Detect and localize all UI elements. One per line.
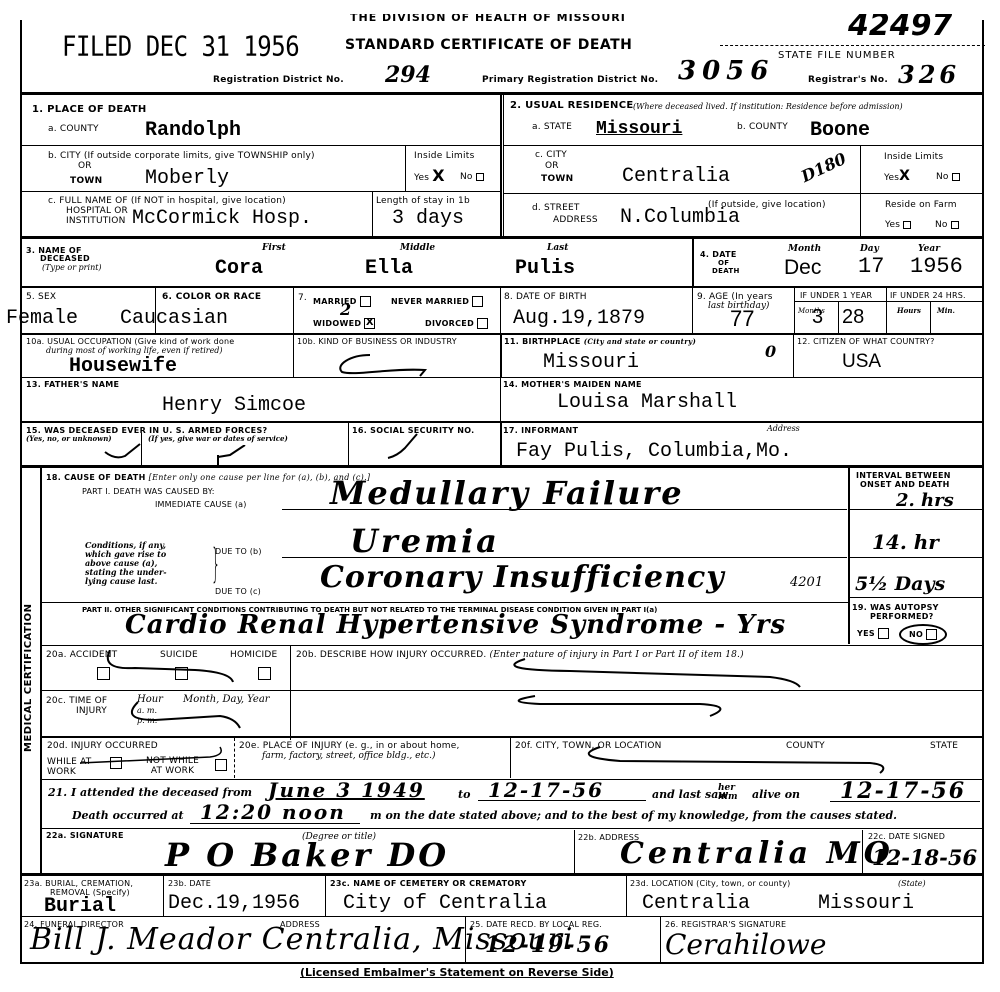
injury-strikeout-mark	[95, 650, 245, 685]
death-county-value: Randolph	[145, 120, 241, 142]
day-label: Day	[860, 244, 879, 254]
residence-county-value: Boone	[810, 120, 870, 142]
death-occurred-at-label: Death occurred at	[72, 811, 184, 821]
marital-label: 7.	[298, 293, 307, 303]
residence-inside-x-mark: X	[899, 168, 910, 184]
alive-on-label: alive on	[752, 790, 800, 800]
sex-value: Female	[6, 308, 78, 330]
interval-c-value: 5½ Days	[855, 573, 945, 595]
work-strikeout-mark	[80, 745, 230, 765]
cause-of-death-label: 18. CAUSE OF DEATH [Enter only one cause…	[46, 473, 370, 483]
checkbox	[360, 296, 371, 307]
physician-address-value: Centralia MO	[620, 836, 894, 871]
cause-b-value: Uremia	[350, 522, 500, 560]
interval-a-value: 2. hrs	[896, 490, 954, 511]
burial-location-label: 23d. LOCATION (City, town, or county)	[630, 879, 791, 889]
usual-residence-label: 2. USUAL RESIDENCE	[510, 101, 634, 111]
cemetery-value: City of Centralia	[343, 893, 547, 915]
immediate-cause-label: IMMEDIATE CAUSE (a)	[155, 500, 247, 510]
hospital-or-label: HOSPITAL OR	[66, 206, 128, 216]
inside-limits-yes[interactable]: Yes X	[414, 172, 443, 183]
informant-value: Fay Pulis, Columbia,Mo.	[516, 441, 792, 463]
residence-city-town: TOWN	[541, 174, 573, 184]
registrar-number-value: 326	[898, 60, 960, 89]
age-value: 77	[730, 306, 754, 332]
residence-county-label: b. COUNTY	[737, 122, 788, 132]
length-of-stay-value: 3 days	[392, 208, 464, 230]
residence-state-value: Missouri	[596, 118, 682, 140]
inside-limits-x-mark: X	[432, 172, 443, 183]
registration-district-value: 294	[385, 62, 431, 88]
primary-district-label: Primary Registration District No.	[482, 75, 658, 85]
place-of-death-label: 1. PLACE OF DEATH	[32, 105, 147, 115]
city-town-label: TOWN	[70, 176, 102, 186]
burial-location-state: Missouri	[818, 893, 914, 915]
date-received-value: 12-19-56	[485, 932, 611, 958]
last-name-value: Pulis	[515, 258, 575, 280]
homicide-checkbox[interactable]	[258, 667, 271, 680]
attended-label: 21. I attended the deceased from	[48, 788, 252, 798]
middle-name-value: Ella	[365, 258, 413, 280]
death-year-value: 1956	[910, 254, 963, 279]
checkbox	[903, 221, 911, 229]
residence-city-or: OR	[545, 161, 559, 171]
signature-label: 22a. SIGNATURE	[46, 831, 124, 841]
physician-signature: P O Baker DO	[165, 836, 449, 874]
residence-city-annotation: D180	[798, 149, 849, 186]
citizen-value: USA	[842, 351, 881, 373]
cause-a-value: Medullary Failure	[330, 474, 684, 512]
location-strikeout-mark	[570, 745, 910, 775]
death-city-value: Moberly	[145, 168, 229, 190]
attended-to-value: 12-17-56	[488, 778, 604, 802]
death-occurred-statement: m on the date stated above; and to the b…	[370, 811, 897, 821]
cause-c-value: Coronary Insufficiency	[320, 560, 725, 595]
under-1-year-label: IF UNDER 1 YEAR	[800, 291, 872, 301]
autopsy-sub-label: PERFORMED?	[870, 612, 934, 622]
residence-inside-yes[interactable]: YesX	[884, 171, 910, 183]
certificate-title: STANDARD CERTIFICATE OF DEATH	[345, 37, 632, 53]
sex-label: 5. SEX	[26, 292, 56, 302]
injury-state-label: STATE	[930, 741, 958, 751]
birthplace-value: Missouri	[543, 352, 639, 374]
place-of-injury-sub-label: farm, factory, street, office bldg., etc…	[262, 751, 435, 761]
burial-state-label: (State)	[898, 879, 926, 889]
registration-district-label: Registration District No.	[213, 75, 344, 85]
blank-strikeout-mark	[500, 690, 740, 720]
inside-limits-label: Inside Limits	[414, 151, 475, 161]
widowed-option[interactable]: WIDOWED X	[313, 318, 375, 329]
describe-strikeout-mark	[490, 655, 810, 690]
informant-label: 17. INFORMANT	[503, 426, 578, 436]
type-or-print-label: (Type or print)	[42, 263, 102, 273]
burial-location-city: Centralia	[642, 893, 750, 915]
father-name-value: Henry Simcoe	[162, 395, 306, 417]
occupation-value: Housewife	[69, 356, 177, 378]
medical-certification-side-label: MEDICAL CERTIFICATION	[24, 604, 34, 752]
usual-residence-note: (Where deceased lived. If institution: R…	[633, 102, 903, 112]
injury-label: INJURY	[76, 706, 107, 716]
street-label: d. STREET	[532, 203, 580, 213]
reside-on-farm-label: Reside on Farm	[885, 200, 957, 210]
first-label: First	[262, 243, 286, 253]
autopsy-yes-option[interactable]: YES	[857, 628, 889, 639]
county-label: a. COUNTY	[48, 124, 99, 134]
year-label: Year	[918, 244, 940, 254]
attended-from-value: June 3 1949	[268, 778, 425, 802]
autopsy-no-option-circled[interactable]: NO	[899, 624, 947, 645]
armed-forces-checkmark	[100, 440, 145, 465]
widowed-checkbox-checked: X	[364, 318, 375, 329]
conditions-note: Conditions, if any,which gave rise toabo…	[85, 541, 167, 586]
under-24-hrs-label: IF UNDER 24 HRS.	[890, 291, 966, 301]
due-to-c-label: DUE TO (c)	[215, 587, 261, 597]
residence-state-label: a. STATE	[532, 122, 572, 132]
last-saw-label: and last saw	[652, 790, 728, 800]
checkbox	[878, 628, 889, 639]
death-day-value: 17	[858, 254, 884, 279]
race-value: Caucasian	[120, 308, 228, 330]
mother-name-value: Louisa Marshall	[557, 392, 737, 414]
birthplace-code: 0	[765, 342, 776, 361]
due-to-b-label: DUE TO (b)	[215, 547, 262, 557]
hospital-value: McCormick Hosp.	[132, 208, 312, 230]
death-time-value: 12:20 noon	[200, 800, 346, 824]
state-file-number-label: STATE FILE NUMBER	[778, 51, 896, 61]
ssn-checkmark	[385, 432, 425, 462]
part1-label: PART I. DEATH WAS CAUSED BY:	[82, 487, 215, 497]
primary-district-value: 3056	[678, 56, 774, 86]
interval-sub-label: ONSET AND DEATH	[860, 480, 950, 490]
date-received-label: 25. DATE RECD. BY LOCAL REG.	[470, 920, 602, 930]
middle-label: Middle	[400, 243, 435, 253]
marital-annotation: 2	[340, 300, 351, 319]
informant-address-label: Address	[767, 424, 800, 434]
divorced-option[interactable]: DIVORCED	[425, 318, 488, 329]
min-label: Min.	[937, 306, 955, 316]
checkbox	[472, 296, 483, 307]
checkbox	[477, 318, 488, 329]
filed-stamp: FILED DEC 31 1956	[62, 30, 299, 62]
checkbox	[951, 221, 959, 229]
registrar-number-label: Registrar's No.	[808, 75, 888, 85]
residence-inside-limits-label: Inside Limits	[884, 152, 943, 162]
months-value: 3	[812, 306, 823, 329]
date-of-birth-label: 8. DATE OF BIRTH	[504, 292, 587, 302]
death-month-value: Dec	[784, 256, 821, 280]
inside-limits-no[interactable]: No	[460, 172, 484, 182]
interval-b-value: 14. hr	[872, 530, 939, 554]
race-label: 6. COLOR OR RACE	[162, 292, 261, 302]
residence-city-value: Centralia	[622, 166, 730, 188]
residence-inside-no[interactable]: No	[936, 172, 960, 182]
division-heading: THE DIVISION OF HEALTH OF MISSOURI	[350, 14, 626, 24]
footer-note: (Licensed Embalmer's Statement on Revers…	[300, 966, 614, 979]
length-of-stay-label: Length of stay in 1b	[376, 196, 470, 206]
part2-value: Cardio Renal Hypertensive Syndrome - Yrs	[125, 610, 786, 640]
burial-date-label: 23b. DATE	[168, 879, 211, 889]
farm-yes[interactable]: Yes	[885, 220, 911, 230]
month-label: Month	[788, 244, 821, 254]
last-label: Last	[547, 243, 568, 253]
burial-value: Burial	[44, 896, 116, 918]
citizen-label: 12. CITIZEN OF WHAT COUNTRY?	[797, 337, 935, 347]
armed-forces-note-1: (Yes, no, or unknown)	[26, 434, 112, 444]
first-name-value: Cora	[215, 258, 263, 280]
mother-name-label: 14. MOTHER'S MAIDEN NAME	[503, 380, 642, 390]
address-label: ADDRESS	[553, 215, 598, 225]
days-value: 28	[842, 306, 864, 329]
cemetery-label: 23c. NAME OF CEMETERY OR CREMATORY	[330, 879, 527, 889]
hospital-label: c. FULL NAME OF (If NOT in hospital, giv…	[48, 196, 286, 206]
death-city-label: b. CITY (If outside corporate limits, gi…	[48, 151, 315, 161]
to-label: to	[458, 790, 470, 800]
time-strikeout-mark	[120, 700, 250, 735]
time-of-injury-label: 20c. TIME OF	[46, 696, 107, 706]
residence-city-label: c. CITY	[535, 150, 567, 160]
armed-forces-note-2: (If yes, give war or dates of service)	[148, 434, 288, 444]
checkbox	[952, 173, 960, 181]
city-or-label: OR	[78, 161, 92, 171]
state-file-number: 42497	[848, 14, 952, 40]
place-of-injury-label: 20e. PLACE OF INJURY (e. g., in or about…	[239, 741, 460, 751]
father-name-label: 13. FATHER'S NAME	[26, 380, 119, 390]
hours-label: Hours	[897, 306, 921, 316]
farm-no[interactable]: No	[935, 220, 959, 230]
checkbox	[476, 173, 484, 181]
business-label: 10b. KIND OF BUSINESS OR INDUSTRY	[297, 337, 457, 347]
business-dash-mark	[330, 350, 430, 380]
date-of-birth-value: Aug.19,1879	[513, 308, 645, 330]
date-signed-label: 22c. DATE SIGNED	[868, 832, 945, 842]
burial-date-value: Dec.19,1956	[168, 893, 300, 915]
residence-street-value: N.Columbia	[620, 207, 740, 229]
her-him-label: her him	[718, 784, 732, 802]
registrar-signature: Cerahilowe	[665, 928, 826, 961]
cause-c-code: 4201	[790, 575, 823, 590]
institution-label: INSTITUTION	[66, 216, 126, 226]
death-label: DEATH	[712, 266, 740, 276]
date-signed-value: 12-18-56	[872, 845, 977, 870]
never-married-option[interactable]: NEVER MARRIED	[391, 296, 483, 307]
checkbox	[926, 629, 937, 640]
birthplace-label: 11. BIRTHPLACE (City and state or countr…	[504, 337, 696, 347]
